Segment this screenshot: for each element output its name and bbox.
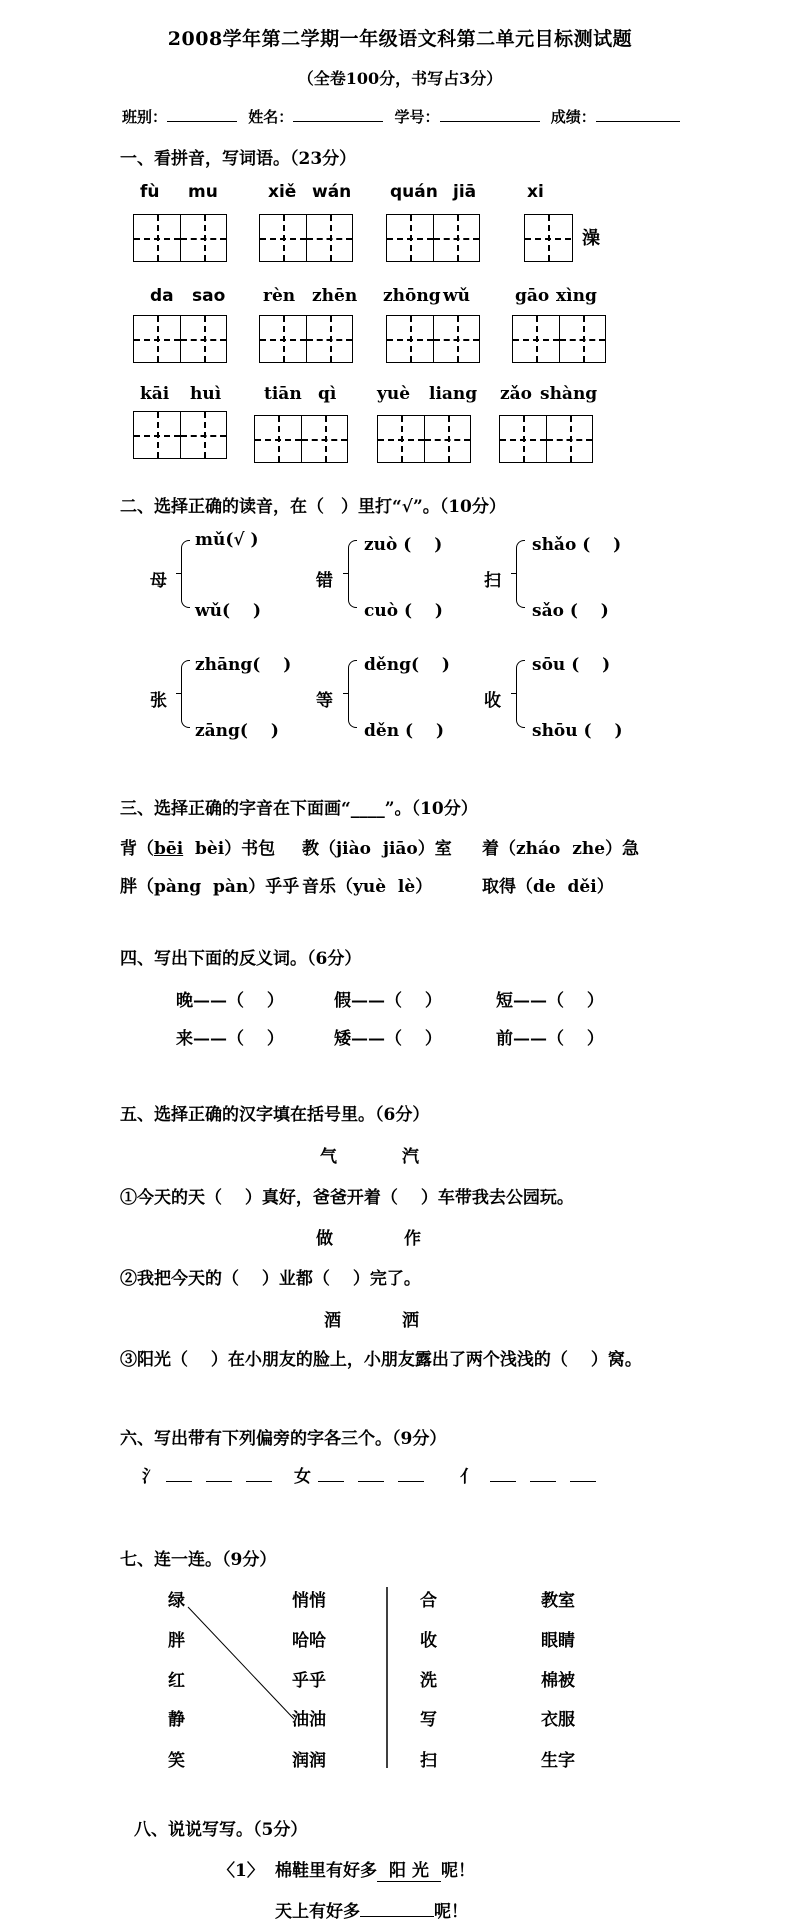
match-right-word[interactable]: 衣服 [541, 1705, 575, 1730]
match-right-word[interactable]: 生字 [541, 1746, 575, 1771]
match-left-word[interactable]: 写 [420, 1705, 437, 1730]
match-left-word[interactable]: 合 [420, 1586, 437, 1611]
match-left-word[interactable]: 洗 [420, 1666, 437, 1691]
fill-sentence[interactable]: 天上有好多呢！ [275, 1897, 468, 1922]
match-right-word[interactable]: 教室 [541, 1586, 575, 1611]
section8-heading: 八、说说写写。（5分） [134, 1815, 307, 1840]
match-left-word[interactable]: 收 [420, 1626, 437, 1651]
match-right-word[interactable]: 眼睛 [541, 1626, 575, 1651]
answer-blank[interactable] [360, 1902, 434, 1917]
example-sentence: 棉鞋里有好多阳 光呢！ [275, 1856, 475, 1882]
example-answer: 阳 光 [377, 1856, 441, 1882]
item-number: 〈1〉 [218, 1856, 264, 1881]
match-left-word[interactable]: 扫 [420, 1746, 437, 1771]
connecting-line [0, 0, 800, 1932]
match-right-word[interactable]: 棉被 [541, 1666, 575, 1691]
